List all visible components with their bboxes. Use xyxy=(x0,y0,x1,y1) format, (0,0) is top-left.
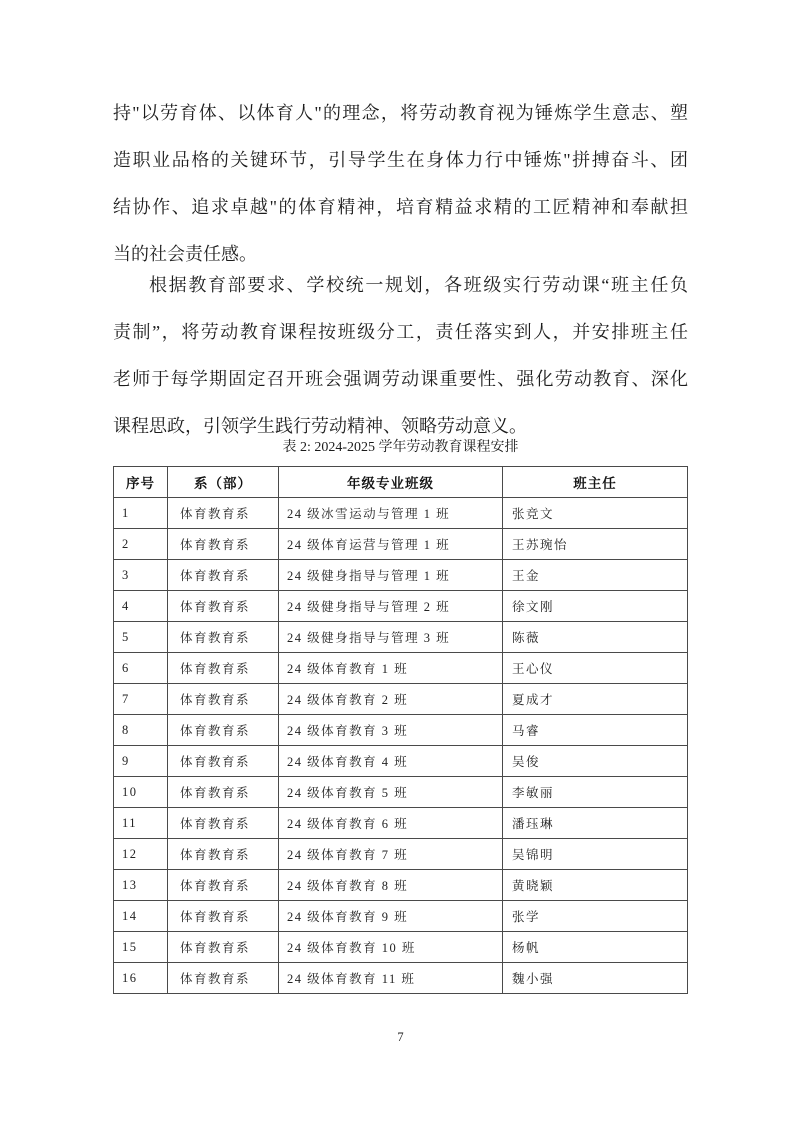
table-cell: 24 级体育教育 7 班 xyxy=(279,839,503,870)
table-cell: 黄晓颖 xyxy=(503,870,688,901)
table-cell: 24 级体育教育 8 班 xyxy=(279,870,503,901)
page-number: 7 xyxy=(397,1030,403,1044)
table-row: 3体育教育系24 级健身指导与管理 1 班王金 xyxy=(114,560,688,591)
table-cell: 体育教育系 xyxy=(168,653,279,684)
table-cell: 潘珏琳 xyxy=(503,808,688,839)
column-header-class: 年级专业班级 xyxy=(279,467,503,498)
table-cell: 吴俊 xyxy=(503,746,688,777)
table-cell: 体育教育系 xyxy=(168,839,279,870)
table-cell: 4 xyxy=(114,591,168,622)
table-cell: 体育教育系 xyxy=(168,498,279,529)
table-cell: 7 xyxy=(114,684,168,715)
table-cell: 体育教育系 xyxy=(168,591,279,622)
table-cell: 体育教育系 xyxy=(168,932,279,963)
paragraph-line: 根据教育部要求、学校统一规划，各班级实行劳动课“班主任负 xyxy=(113,262,688,309)
table-cell: 24 级体育教育 11 班 xyxy=(279,963,503,994)
table-header-row: 序号 系（部） 年级专业班级 班主任 xyxy=(114,467,688,498)
table-row: 6体育教育系24 级体育教育 1 班王心仪 xyxy=(114,653,688,684)
table-cell: 张竞文 xyxy=(503,498,688,529)
table-cell: 体育教育系 xyxy=(168,901,279,932)
table-cell: 魏小强 xyxy=(503,963,688,994)
table-row: 16体育教育系24 级体育教育 11 班魏小强 xyxy=(114,963,688,994)
table-cell: 24 级健身指导与管理 2 班 xyxy=(279,591,503,622)
table-row: 1体育教育系24 级冰雪运动与管理 1 班张竞文 xyxy=(114,498,688,529)
table-cell: 体育教育系 xyxy=(168,684,279,715)
table-cell: 24 级健身指导与管理 1 班 xyxy=(279,560,503,591)
paragraph-line: 结协作、追求卓越"的体育精神，培育精益求精的工匠精神和奉献担 xyxy=(113,184,688,231)
table-cell: 24 级体育教育 2 班 xyxy=(279,684,503,715)
table-cell: 24 级体育教育 5 班 xyxy=(279,777,503,808)
table-row: 15体育教育系24 级体育教育 10 班杨帆 xyxy=(114,932,688,963)
table-row: 8体育教育系24 级体育教育 3 班马睿 xyxy=(114,715,688,746)
table-cell: 24 级冰雪运动与管理 1 班 xyxy=(279,498,503,529)
table-row: 11体育教育系24 级体育教育 6 班潘珏琳 xyxy=(114,808,688,839)
labor-course-schedule-table: 序号 系（部） 年级专业班级 班主任 1体育教育系24 级冰雪运动与管理 1 班… xyxy=(113,466,688,994)
table-cell: 体育教育系 xyxy=(168,963,279,994)
table-cell: 吴锦明 xyxy=(503,839,688,870)
table-row: 9体育教育系24 级体育教育 4 班吴俊 xyxy=(114,746,688,777)
paragraph-line: 责制”，将劳动教育课程按班级分工，责任落实到人，并安排班主任 xyxy=(113,309,688,356)
table-header: 序号 系（部） 年级专业班级 班主任 xyxy=(114,467,688,498)
table-cell: 24 级体育教育 6 班 xyxy=(279,808,503,839)
table-cell: 夏成才 xyxy=(503,684,688,715)
table-cell: 马睿 xyxy=(503,715,688,746)
table-cell: 24 级体育教育 4 班 xyxy=(279,746,503,777)
table-cell: 王金 xyxy=(503,560,688,591)
table-cell: 8 xyxy=(114,715,168,746)
table-row: 12体育教育系24 级体育教育 7 班吴锦明 xyxy=(114,839,688,870)
table-cell: 体育教育系 xyxy=(168,777,279,808)
table-row: 7体育教育系24 级体育教育 2 班夏成才 xyxy=(114,684,688,715)
paragraph: 持"以劳育体、以体育人"的理念，将劳动教育视为锤炼学生意志、塑 造职业品格的关键… xyxy=(113,90,688,278)
table-row: 14体育教育系24 级体育教育 9 班张学 xyxy=(114,901,688,932)
table-cell: 王心仪 xyxy=(503,653,688,684)
table-cell: 李敏丽 xyxy=(503,777,688,808)
table-cell: 王苏琬怡 xyxy=(503,529,688,560)
table-cell: 体育教育系 xyxy=(168,622,279,653)
table-cell: 5 xyxy=(114,622,168,653)
table-cell: 杨帆 xyxy=(503,932,688,963)
table-cell: 9 xyxy=(114,746,168,777)
table-cell: 体育教育系 xyxy=(168,715,279,746)
table-cell: 1 xyxy=(114,498,168,529)
table-cell: 2 xyxy=(114,529,168,560)
column-header-dept: 系（部） xyxy=(168,467,279,498)
table-row: 13体育教育系24 级体育教育 8 班黄晓颖 xyxy=(114,870,688,901)
page-content: 持"以劳育体、以体育人"的理念，将劳动教育视为锤炼学生意志、塑 造职业品格的关键… xyxy=(113,90,688,1045)
column-header-no: 序号 xyxy=(114,467,168,498)
table-cell: 15 xyxy=(114,932,168,963)
column-header-teacher: 班主任 xyxy=(503,467,688,498)
table-cell: 24 级体育教育 1 班 xyxy=(279,653,503,684)
table-cell: 10 xyxy=(114,777,168,808)
paragraph-line: 造职业品格的关键环节，引导学生在身体力行中锤炼"拼搏奋斗、团 xyxy=(113,137,688,184)
table-cell: 体育教育系 xyxy=(168,870,279,901)
table-cell: 24 级体育教育 9 班 xyxy=(279,901,503,932)
table-cell: 体育教育系 xyxy=(168,560,279,591)
table-cell: 12 xyxy=(114,839,168,870)
table-cell: 14 xyxy=(114,901,168,932)
table-cell: 3 xyxy=(114,560,168,591)
table-row: 2体育教育系24 级体育运营与管理 1 班王苏琬怡 xyxy=(114,529,688,560)
table-cell: 24 级体育运营与管理 1 班 xyxy=(279,529,503,560)
table-cell: 16 xyxy=(114,963,168,994)
table-row: 5体育教育系24 级健身指导与管理 3 班陈薇 xyxy=(114,622,688,653)
table-cell: 陈薇 xyxy=(503,622,688,653)
paragraph-line: 持"以劳育体、以体育人"的理念，将劳动教育视为锤炼学生意志、塑 xyxy=(113,90,688,137)
table-cell: 张学 xyxy=(503,901,688,932)
page-footer: 7 xyxy=(113,1030,688,1045)
table-body: 1体育教育系24 级冰雪运动与管理 1 班张竞文2体育教育系24 级体育运营与管… xyxy=(114,498,688,994)
table-cell: 徐文刚 xyxy=(503,591,688,622)
paragraph-line: 老师于每学期固定召开班会强调劳动课重要性、强化劳动教育、深化 xyxy=(113,356,688,403)
table-cell: 24 级体育教育 10 班 xyxy=(279,932,503,963)
table-cell: 6 xyxy=(114,653,168,684)
table-cell: 体育教育系 xyxy=(168,746,279,777)
table-cell: 11 xyxy=(114,808,168,839)
document-page: 持"以劳育体、以体育人"的理念，将劳动教育视为锤炼学生意志、塑 造职业品格的关键… xyxy=(0,0,800,1131)
table-cell: 体育教育系 xyxy=(168,808,279,839)
table-cell: 体育教育系 xyxy=(168,529,279,560)
table-cell: 24 级健身指导与管理 3 班 xyxy=(279,622,503,653)
paragraph: 根据教育部要求、学校统一规划，各班级实行劳动课“班主任负 责制”，将劳动教育课程… xyxy=(113,262,688,450)
table-cell: 13 xyxy=(114,870,168,901)
table-cell: 24 级体育教育 3 班 xyxy=(279,715,503,746)
table-row: 4体育教育系24 级健身指导与管理 2 班徐文刚 xyxy=(114,591,688,622)
table-row: 10体育教育系24 级体育教育 5 班李敏丽 xyxy=(114,777,688,808)
